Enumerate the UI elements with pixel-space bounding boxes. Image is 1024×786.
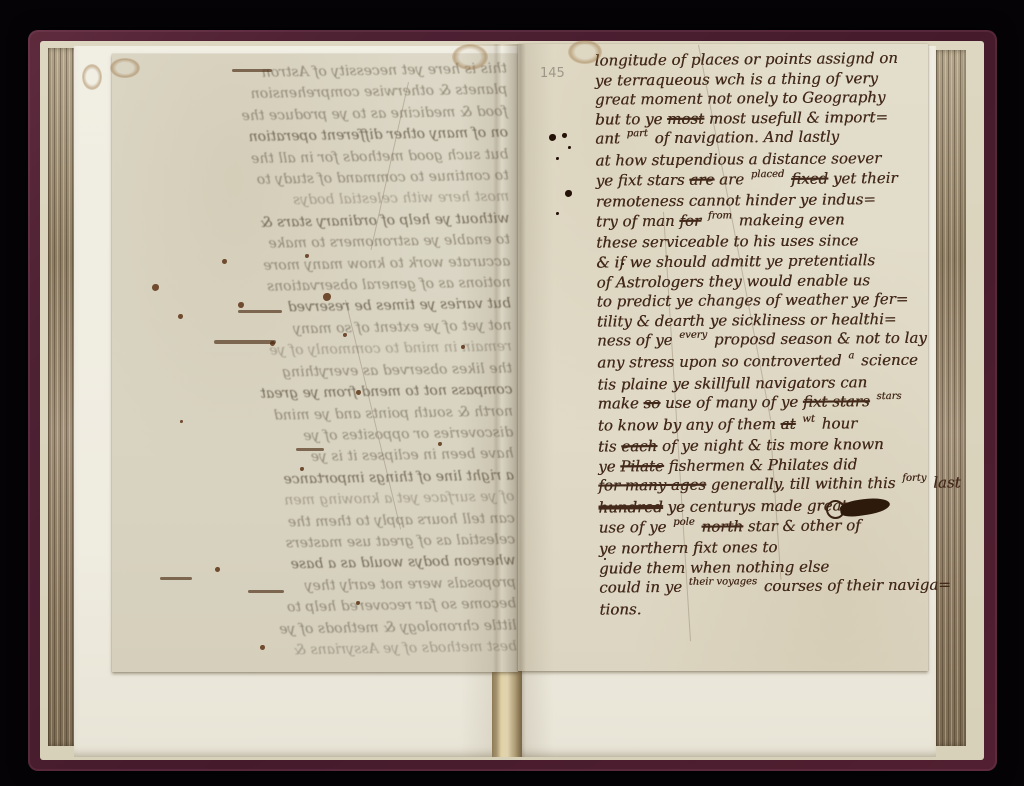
right-page: 145 longitude of places or points assign… — [518, 44, 928, 671]
paper-stain — [568, 40, 602, 64]
manuscript-line: ness of ye every proposd season & not to… — [597, 329, 960, 354]
manuscript-photo: this is here yet necessity of Astronplan… — [0, 0, 1024, 786]
folio-number: 145 — [540, 66, 565, 81]
manuscript-line: ant part of navigation. And lastly — [595, 127, 958, 152]
manuscript-line: try of man for from makeing even — [596, 209, 959, 234]
manuscript-line: for many ages generally, till within thi… — [598, 474, 961, 499]
bleedthrough-strike-mark — [248, 590, 284, 593]
manuscript-line: any stress upon so controverted a scienc… — [597, 350, 960, 375]
bleedthrough-strike-mark — [160, 577, 192, 580]
paper-stain — [110, 58, 140, 78]
ink-blot — [622, 263, 624, 265]
manuscript-line: use of ye pole north star & other of — [599, 515, 962, 540]
manuscript-line: to know by any of them at wt hour — [598, 413, 961, 438]
spine-fold — [492, 658, 522, 757]
paper-stain — [452, 44, 488, 70]
manuscript-line: to predict ye changes of weather ye fer= — [597, 290, 959, 313]
manuscript-line: ye fixt stars are are placed fixed yet t… — [596, 168, 959, 193]
manuscript-line: tions. — [599, 597, 961, 620]
bleedthrough-strike-mark — [214, 340, 276, 344]
ink-blot — [604, 558, 606, 560]
bleedthrough-strike-mark — [238, 310, 282, 313]
manuscript-line: make so use of many of ye fixt stars sta… — [598, 392, 961, 417]
bleedthrough-strike-mark — [232, 69, 272, 72]
bleedthrough-text: this is here yet necessity of Astronplan… — [113, 59, 517, 665]
paper-stain — [82, 64, 102, 90]
bleedthrough-strike-mark — [296, 448, 324, 451]
